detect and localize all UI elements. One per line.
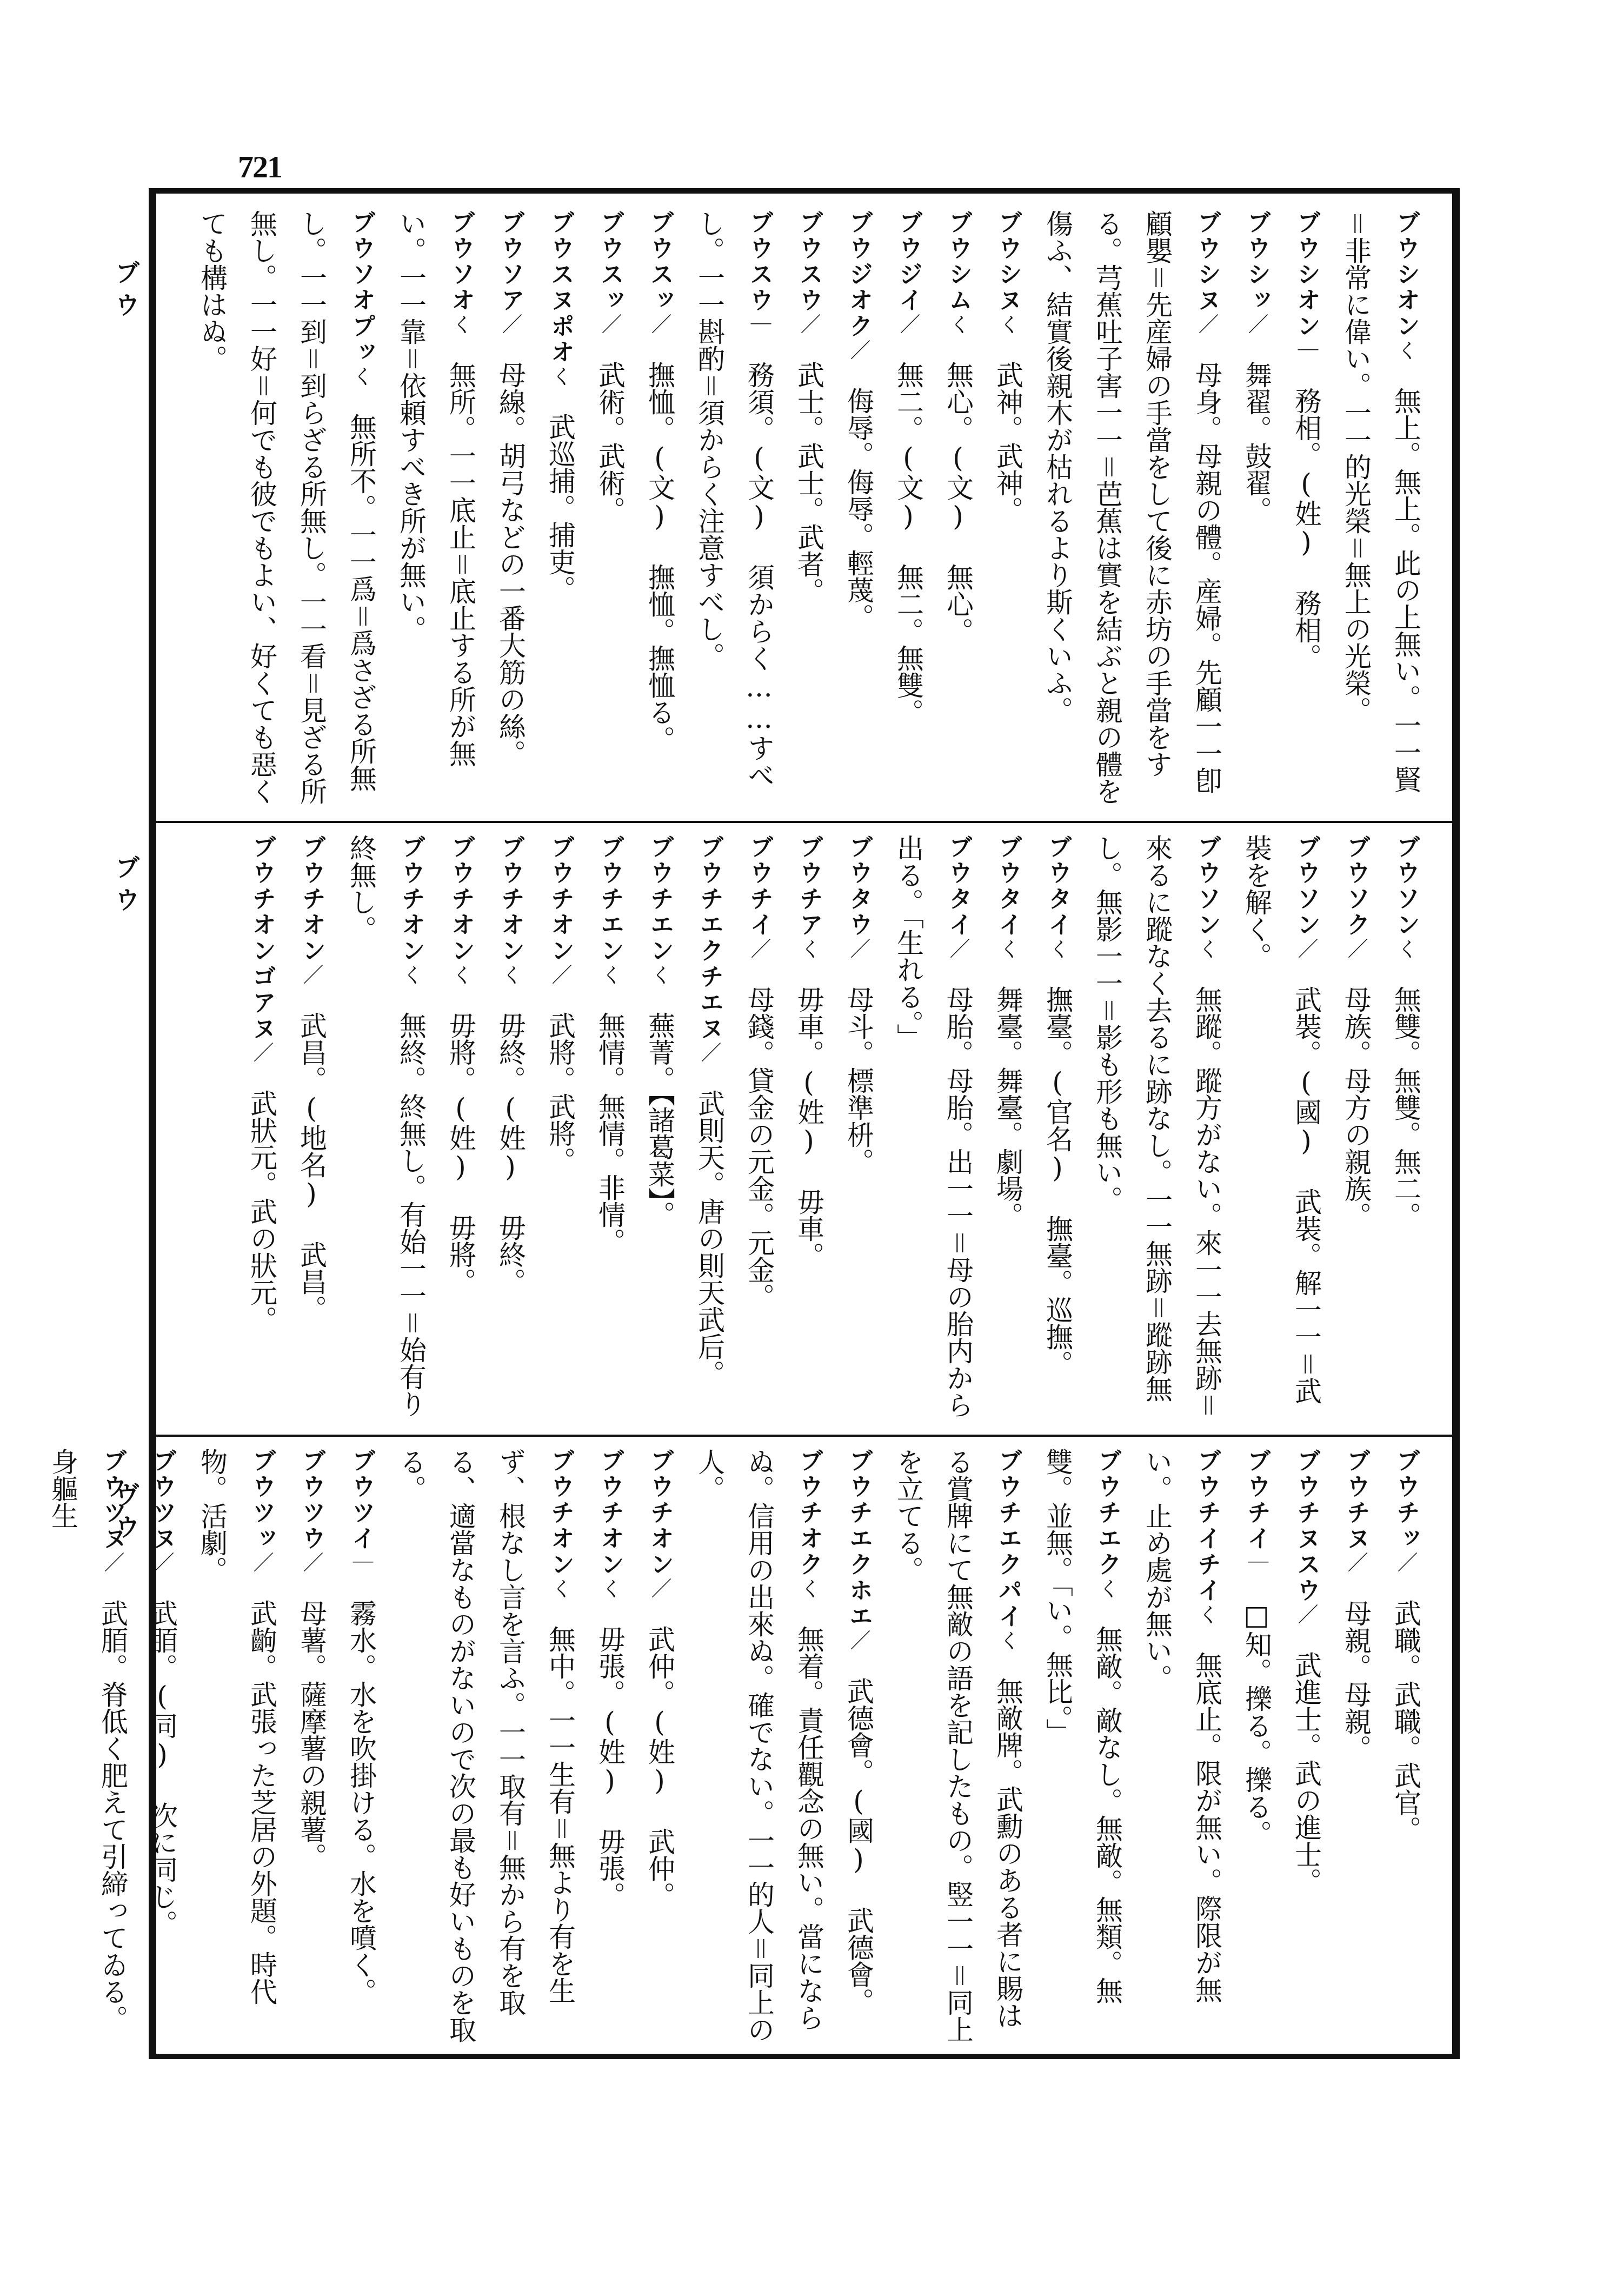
entry-reading: ブウシオン [1293,210,1320,340]
dictionary-entry: ブウジオク／ 侮辱。侮辱。輕蔑。 [834,204,883,818]
entry-reading: ブウチオンゴアヌ [248,834,276,1042]
entry-reading: ブウジオク [845,210,873,340]
entry-definition: 侮辱。侮辱。輕蔑。 [843,387,874,631]
tone-mark-icon: ／ [1394,1552,1418,1572]
entry-definition: 舞翟。鼓翟。 [1241,361,1272,523]
tone-mark-icon: ／ [797,314,821,334]
entry-reading: ブウツウ [298,1448,325,1552]
tone-mark-icon: ｜ [747,314,771,334]
entry-definition: 無二。(文) 無二。無雙。 [893,361,924,726]
entry-reading: ブウチイ [1243,1448,1271,1552]
entry-reading: ブウソン [1193,834,1221,938]
tone-mark-icon: ／ [648,1578,671,1598]
dictionary-entry: ブウチアく 毋車。(姓) 毋車。 [784,829,834,1429]
entry-reading: ブウチヌ [1342,1448,1370,1552]
entry-reading: ブウタイ [944,834,972,938]
tone-mark-icon: ／ [150,1552,174,1572]
tone-mark-icon: ／ [847,340,870,360]
entry-reading: ブウソオプッ [348,210,375,366]
entry-reading: ブウチオン [497,834,524,964]
dictionary-entry: ブウチッ／ 武職。武職。武官。 [1381,1443,1431,2051]
tier-divider [156,821,1452,823]
tone-mark-icon: く [946,314,970,334]
tone-mark-icon: く [548,366,572,386]
entry-definition: □知。擽る。擽る。 [1241,1600,1272,1847]
dictionary-entry: ブウスッ／ 武術。武術。 [585,204,635,818]
dictionary-entry: ブウタウ／ 母斗。標準枡。 [834,829,883,1429]
dictionary-entry: ブウチヌスウ／ 武進士。武の進士。 [1281,1443,1331,2051]
dictionary-entry: ブウチエンく 無情。無情。非情。 [585,829,635,1429]
entry-reading: ブウチオク [795,1448,823,1578]
entry-definition: 母親。母親。 [1340,1600,1372,1762]
dictionary-entry: ブウチエクく 無敵。敵なし。無敵。無類。無雙。並無。「い。無比。」 [1033,1443,1132,2051]
dictionary-entry: ブウタイく 舞臺。舞臺。劇場。 [983,829,1033,1429]
dictionary-entry: ブウチオンゴアヌ／ 武狀元。武の狀元。 [237,829,287,1429]
dictionary-entry: ブウスヌポオく 武巡捕。捕吏。 [535,204,585,818]
entry-reading: ブウシム [944,210,972,314]
tone-mark-icon: ／ [598,314,622,334]
tone-mark-icon: ／ [498,314,522,334]
entry-reading: ブウチヌスウ [1293,1448,1320,1604]
entry-definition: 武職。武職。武官。 [1390,1600,1421,1843]
entry-reading: ブウシヌ [994,210,1022,314]
dictionary-entry: ブウチオン／ 武昌。(地名) 武昌。 [287,829,336,1429]
entry-reading: ブウチエン [596,834,624,964]
entry-definition: 毋將。(姓) 毋將。 [445,1012,476,1295]
entry-definition: 無心。(文) 無心。 [942,361,974,645]
entry-definition: 母斗。標準枡。 [843,986,874,1175]
entry-reading: ブウチア [795,834,823,938]
entry-definition: 務相。(姓) 務相。 [1291,387,1322,671]
tier-top: ブウシオンく 無上。無上。此の上無い。一一賢＝非常に偉い。一一的光榮＝無上の光榮… [156,204,1452,818]
entry-definition: 母薯。薩摩薯の親薯。 [296,1600,327,1870]
entry-reading: ブウソン [1293,834,1320,938]
dictionary-entry: ブウチオン／ 武將。武將。 [535,829,585,1429]
dictionary-entry: ブウソオプッく 無所不。一一爲＝爲さざる所無し。一一到＝到らざる所無し。一一看＝… [187,204,386,818]
tone-mark-icon: く [399,964,423,985]
tone-mark-icon: く [797,938,821,959]
dictionary-entry: ブウチオクく 無着。責任觀念の無い。當にならぬ。信用の出來ぬ。確でない。一一的人… [684,1443,834,2051]
dictionary-entry: ブウチオンく 毋張。(姓) 毋張。 [585,1443,635,2051]
dictionary-entry: ブウツヌ／ 武脜。脊低く肥えて引締ってゐる。身軀生 [38,1443,137,2051]
dictionary-frame: ブウシオンく 無上。無上。此の上無い。一一賢＝非常に偉い。一一的光榮＝無上の光榮… [149,188,1460,2059]
entry-reading: ブウタイ [994,834,1022,938]
dictionary-entry: ブウシヌく 武神。武神。 [983,204,1033,818]
tone-mark-icon: く [498,964,522,985]
dictionary-entry: ブウソオく 無所。一一底止＝底止する所が無い。一一靠＝依頼すべき所が無い。 [386,204,485,818]
entry-definition: 舞臺。舞臺。劇場。 [992,986,1023,1229]
entry-reading: ブウチエクチエヌ [696,834,723,1042]
tone-mark-icon: ／ [1195,314,1219,334]
dictionary-entry: ブウシオン｜ 務相。(姓) 務相。 [1281,204,1331,818]
entry-reading: ブウチエン [646,834,674,964]
entry-reading: ブウスヌポオ [547,210,574,366]
dictionary-entry: ブウツッ／ 武齣。武張った芝居の外題。時代物。活劇。 [187,1443,287,2051]
entry-definition: 武則天。唐の則天武后。 [694,1090,725,1387]
tone-mark-icon: く [1046,938,1069,959]
dictionary-entry: ブウチオンく 無終。終無し。有始一一＝始有り終無し。 [336,829,436,1429]
tone-mark-icon: く [349,366,373,386]
entry-definition: 武脜。(同) 次に同じ。 [147,1600,178,1937]
entry-reading: ブウシヌ [1193,210,1221,314]
tone-mark-icon: く [598,964,622,985]
entry-reading: ブウチオン [547,1448,574,1578]
entry-reading: ブウチオン [447,834,475,964]
tone-mark-icon: く [449,314,473,334]
entry-definition: 武狀元。武の狀元。 [246,1090,277,1333]
tone-mark-icon: く [996,938,1020,959]
entry-reading: ブウスッ [646,210,674,314]
margin-index-label: ブウ [108,854,144,919]
entry-reading: ブウスウ [795,210,823,314]
entry-definition: 蕪菁。【諸葛菜】。 [644,1012,675,1228]
tone-mark-icon: ／ [1344,1552,1368,1572]
dictionary-entry: ブウタイく 撫臺。(官名) 撫臺。巡撫。 [1033,829,1082,1429]
tone-mark-icon: く [548,1578,572,1598]
dictionary-entry: ブウジイ／ 無二。(文) 無二。無雙。 [883,204,933,818]
tone-mark-icon: ／ [1294,1604,1318,1624]
tone-mark-icon: ／ [896,314,920,334]
dictionary-entry: ブウシッ／ 舞翟。鼓翟。 [1232,204,1281,818]
tone-mark-icon: ／ [101,1552,124,1572]
entry-reading: ブウジイ [895,210,922,314]
dictionary-entry: ブウタイ／ 母胎。母胎。出一一＝母の胎内から出る。「生れる。」 [883,829,983,1429]
entry-definition: 母線。胡弓などの一番大筋の絲。 [495,361,526,767]
entry-definition: 武神。武神。 [992,361,1023,523]
entry-reading: ブウチエク [1094,1448,1121,1578]
entry-reading: ブウチオン [596,1448,624,1578]
dictionary-entry: ブウチイチイく 無底止。限が無い。際限が無い。止め處が無い。 [1132,1443,1232,2051]
tone-mark-icon: ／ [946,938,970,959]
tone-mark-icon: ／ [1344,938,1368,959]
dictionary-entry: ブウソン／ 武裝。(國) 武裝。解一一＝武裝を解く。 [1232,829,1331,1429]
tone-mark-icon: ／ [1245,314,1268,334]
entry-reading: ブウソオ [447,210,475,314]
entry-definition: 霧水。水を吹掛ける。水を噴く。 [345,1600,377,2005]
entry-definition: 武將。武將。 [544,1012,576,1174]
tone-mark-icon: ／ [847,1630,870,1650]
tone-mark-icon: ｜ [349,1552,373,1572]
entry-definition: 武士。武士。武者。 [793,361,824,605]
entry-reading: ブウチオン [646,1448,674,1578]
entry-definition: 毋張。(姓) 毋張。 [594,1625,626,1909]
dictionary-entry: ブウチイ／ 母錢。貸金の元金。元金。 [734,829,784,1429]
entry-reading: ブウソア [497,210,524,314]
dictionary-entry: ブウシヌ／ 母身。母親の體。産婦。先顧一一卽顧嬰＝先産婦の手當をして後に赤坊の手… [1033,204,1232,818]
dictionary-entry: ブウシムく 無心。(文) 無心。 [933,204,983,818]
entry-reading: ブウチエクパイ [994,1448,1022,1630]
tone-mark-icon: ｜ [1245,1552,1268,1572]
dictionary-entry: ブウスウ｜ 務須。(文) 須からく……すべし。一一斟酌＝須からく注意すべし。 [684,204,784,818]
entry-definition: 武術。武術。 [594,361,626,523]
margin-index-label: ブウ [108,260,144,324]
page-number: 721 [238,149,282,185]
dictionary-entry: ブウチオンく 無中。一一生有＝無より有を生ず、根なし言を言ふ。一一取有＝無から有… [386,1443,585,2051]
entry-reading: ブウチオン [547,834,574,964]
dictionary-entry: ブウチエクチエヌ／ 武則天。唐の則天武后。 [684,829,734,1429]
tone-mark-icon: ／ [747,938,771,959]
dictionary-entry: ブウスウ／ 武士。武士。武者。 [784,204,834,818]
dictionary-entry: ブウチヌ／ 母親。母親。 [1331,1443,1381,2051]
entry-reading: ブウスウ [746,210,773,314]
entry-reading: ブウチオン [298,834,325,964]
tier-middle: ブウソンく 無雙。無雙。無二。ブウソク／ 母族。母方の親族。ブウソン／ 武裝。(… [156,829,1452,1429]
tone-mark-icon: く [996,314,1020,334]
tone-mark-icon: ｜ [1294,340,1318,360]
tier-bottom: ブウチッ／ 武職。武職。武官。ブウチヌ／ 母親。母親。ブウチヌスウ／ 武進士。武… [156,1443,1452,2051]
entry-reading: ブウスッ [596,210,624,314]
dictionary-entry: ブウチオン／ 武仲。(姓) 武仲。 [635,1443,684,2051]
tone-mark-icon: ／ [648,314,671,334]
entry-reading: ブウタウ [845,834,873,938]
tone-mark-icon: く [996,1630,1020,1650]
entry-reading: ブウチッ [1392,1448,1420,1552]
dictionary-entry: ブウソンく 無蹤。蹤方がない。來一一去無跡＝來るに蹤なく去るに跡なし。一一無跡＝… [1082,829,1232,1429]
entry-reading: ブウチオン [397,834,425,964]
entry-definition: 武仲。(姓) 武仲。 [644,1625,675,1909]
entry-definition: 武進士。武の進士。 [1291,1651,1322,1895]
dictionary-entry: ブウツウ／ 母薯。薩摩薯の親薯。 [287,1443,336,2051]
dictionary-entry: ブウチエンく 蕪菁。【諸葛菜】。 [635,829,684,1429]
entry-definition: 武德會。(國) 武德會。 [843,1677,874,2015]
dictionary-entry: ブウツイ｜ 霧水。水を吹掛ける。水を噴く。 [336,1443,386,2051]
entry-reading: ブウツイ [348,1448,375,1552]
entry-reading: ブウシッ [1243,210,1271,314]
tone-mark-icon: ／ [300,964,323,985]
entry-reading: ブウタイ [1044,834,1072,938]
tier-divider [156,1435,1452,1437]
entry-reading: ブウチイチイ [1193,1448,1221,1604]
dictionary-entry: ブウソンく 無雙。無雙。無二。 [1381,829,1431,1429]
tone-mark-icon: く [1394,340,1418,360]
entry-definition: 撫臺。(官名) 撫臺。巡撫。 [1042,986,1073,1377]
tone-mark-icon: く [797,1578,821,1598]
entry-definition: 母錢。貸金の元金。元金。 [743,986,775,1310]
tone-mark-icon: く [648,964,671,985]
dictionary-entry: ブウソア／ 母線。胡弓などの一番大筋の絲。 [485,204,535,818]
dictionary-entry: ブウスッ／ 撫恤。(文) 撫恤。撫恤る。 [635,204,684,818]
entry-reading: ブウチイ [746,834,773,938]
tone-mark-icon: ／ [1294,938,1318,959]
entry-reading: ブウソク [1342,834,1370,938]
tone-mark-icon: ／ [250,1042,274,1063]
tone-mark-icon: く [1394,938,1418,959]
tone-mark-icon: ／ [847,938,870,959]
entry-reading: ブウシオン [1392,210,1420,340]
tone-mark-icon: く [449,964,473,985]
tone-mark-icon: ／ [548,964,572,985]
entry-definition: 毋終。(姓) 毋終。 [495,1012,526,1295]
dictionary-entry: ブウチオンく 毋將。(姓) 毋將。 [436,829,485,1429]
entry-reading: ブウツッ [248,1448,276,1552]
dictionary-entry: ブウソク／ 母族。母方の親族。 [1331,829,1381,1429]
entry-definition: 無情。無情。非情。 [594,1012,626,1255]
tone-mark-icon: ／ [250,1552,274,1572]
entry-reading: ブウツヌ [149,1448,176,1552]
dictionary-entry: ブウチイ｜ □知。擽る。擽る。 [1232,1443,1281,2051]
entry-definition: 武巡捕。捕吏。 [544,413,576,602]
dictionary-entry: ブウツヌ／ 武脜。(同) 次に同じ。 [137,1443,187,2051]
entry-definition: 無雙。無雙。無二。 [1390,986,1421,1229]
tone-mark-icon: く [1195,1604,1219,1624]
dictionary-entry: ブウチオンく 毋終。(姓) 毋終。 [485,829,535,1429]
dictionary-entry: ブウシオンく 無上。無上。此の上無い。一一賢＝非常に偉い。一一的光榮＝無上の光榮… [1331,204,1431,818]
entry-definition: 毋車。(姓) 毋車。 [793,986,824,1269]
tone-mark-icon: ／ [300,1552,323,1572]
entry-reading: ブウツヌ [99,1448,127,1552]
tone-mark-icon: く [1195,938,1219,959]
entry-definition: 撫恤。(文) 撫恤。撫恤る。 [644,361,675,753]
entry-reading: ブウチエクホエ [845,1448,873,1630]
tone-mark-icon: く [598,1578,622,1598]
entry-definition: 母族。母方の親族。 [1340,986,1372,1229]
entry-reading: ブウソン [1392,834,1420,938]
tone-mark-icon: く [1095,1578,1119,1598]
dictionary-entry: ブウチエクホエ／ 武德會。(國) 武德會。 [834,1443,883,2051]
tone-mark-icon: ／ [697,1042,721,1063]
entry-definition: 武昌。(地名) 武昌。 [296,1012,327,1322]
dictionary-entry: ブウチエクパイく 無敵牌。武勳のある者に賜はる賞牌にて無敵の語を記したもの。竪一… [883,1443,1033,2051]
